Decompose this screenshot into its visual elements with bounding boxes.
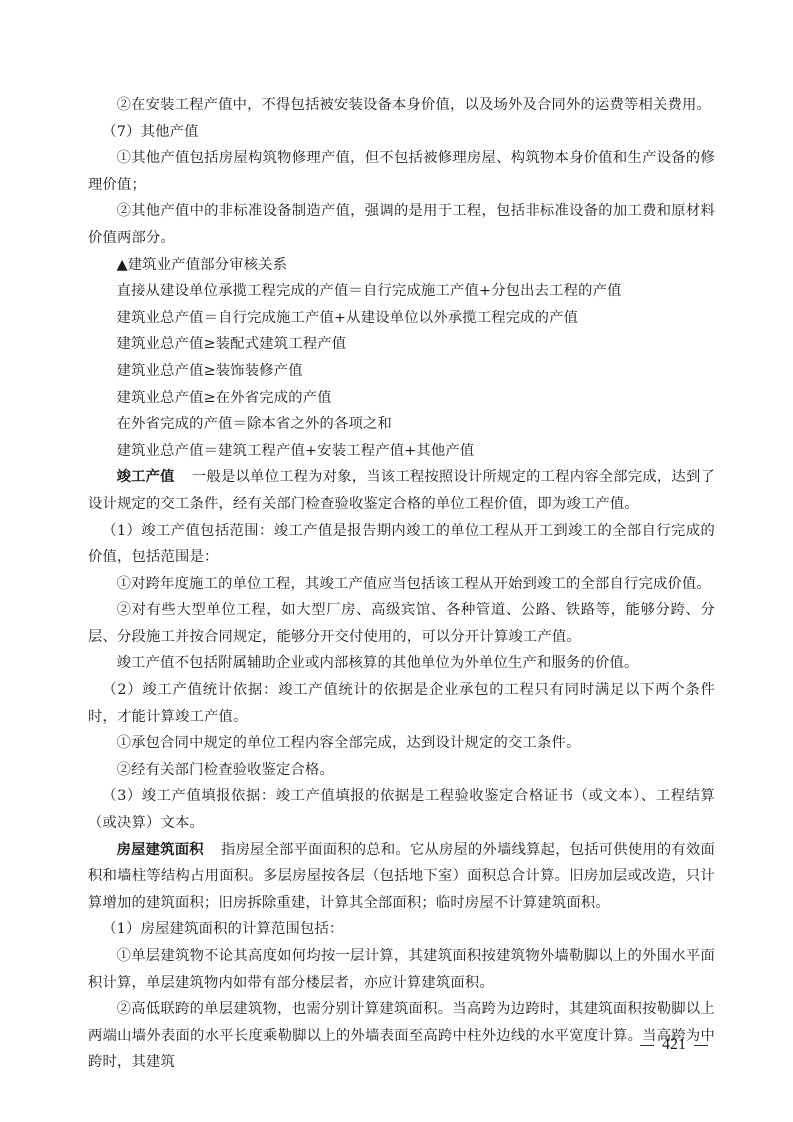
formula-line: 直接从建设单位承揽工程完成的产值＝自行完成施工产值+分包出去工程的产值	[88, 278, 715, 305]
paragraph-other-output-1: ①其他产值包括房屋构筑物修理产值，但不包括被修理房屋、构筑物本身价值和生产设备的…	[88, 145, 715, 198]
list-item: ①承包合同中规定的单位工程内容全部完成，达到设计规定的交工条件。	[88, 730, 715, 757]
formula-line: 建筑业总产值≥装饰装修产值	[88, 358, 715, 385]
document-page: ②在安装工程产值中，不得包括被安装设备本身价值，以及场外及合同外的运费等相关费用…	[88, 92, 715, 1076]
list-item: ①对跨年度施工的单位工程，其竣工产值应当包括该工程从开始到竣工的全部自行完成价值…	[88, 571, 715, 598]
formula-line: 在外省完成的产值＝除本省之外的各项之和	[88, 411, 715, 438]
formula-line: 建筑业总产值＝建筑工程产值+安装工程产值+其他产值	[88, 438, 715, 465]
dash-right	[694, 1045, 708, 1046]
paragraph-completed-scope: （1）竣工产值包括范围：竣工产值是报告期内竣工的单位工程从开工到竣工的全部自行完…	[88, 518, 715, 571]
list-item: ①单层建筑物不论其高度如何均按一层计算，其建筑面积按建筑物外墙勒脚以上的外围水平…	[88, 943, 715, 996]
section-heading-other-output: （7）其他产值	[88, 119, 715, 146]
subheading-audit-relations: ▲建筑业产值部分审核关系	[88, 252, 715, 279]
paragraph-install-exclusion: ②在安装工程产值中，不得包括被安装设备本身价值，以及场外及合同外的运费等相关费用…	[88, 92, 715, 119]
formula-line: 建筑业总产值≥装配式建筑工程产值	[88, 331, 715, 358]
formula-line: 建筑业总产值≥在外省完成的产值	[88, 385, 715, 412]
definition-floor-area: 房屋建筑面积指房屋全部平面面积的总和。它从房屋的外墙线算起，包括可供使用的有效面…	[88, 837, 715, 917]
paragraph-other-output-2: ②其他产值中的非标准设备制造产值，强调的是用于工程，包括非标准设备的加工费和原材…	[88, 198, 715, 251]
paragraph-floor-area-scope: （1）房屋建筑面积的计算范围包括：	[88, 916, 715, 943]
page-number: 421	[662, 1036, 686, 1053]
dash-left	[640, 1045, 654, 1046]
page-footer: 421	[632, 1036, 716, 1054]
list-item: ②经有关部门检查验收鉴定合格。	[88, 757, 715, 784]
term-completed-output: 竣工产值	[117, 469, 175, 485]
term-floor-area: 房屋建筑面积	[117, 842, 204, 858]
definition-completed-output: 竣工产值一般是以单位工程为对象，当该工程按照设计所规定的工程内容全部完成，达到了…	[88, 464, 715, 517]
paragraph-completed-exclusion: 竣工产值不包括附属辅助企业或内部核算的其他单位为外单位生产和服务的价值。	[88, 650, 715, 677]
paragraph-completed-reporting: （3）竣工产值填报依据：竣工产值填报的依据是工程验收鉴定合格证书（或文本）、工程…	[88, 783, 715, 836]
list-item: ②对有些大型单位工程，如大型厂房、高级宾馆、各种管道、公路、铁路等，能够分跨、分…	[88, 597, 715, 650]
definition-text: 一般是以单位工程为对象，当该工程按照设计所规定的工程内容全部完成，达到了设计规定…	[88, 469, 715, 512]
formula-line: 建筑业总产值＝自行完成施工产值+从建设单位以外承揽工程完成的产值	[88, 305, 715, 332]
paragraph-completed-basis: （2）竣工产值统计依据：竣工产值统计的依据是企业承包的工程只有同时满足以下两个条…	[88, 677, 715, 730]
list-item: ②高低联跨的单层建筑物，也需分别计算建筑面积。当高跨为边跨时，其建筑面积按勒脚以…	[88, 996, 715, 1076]
